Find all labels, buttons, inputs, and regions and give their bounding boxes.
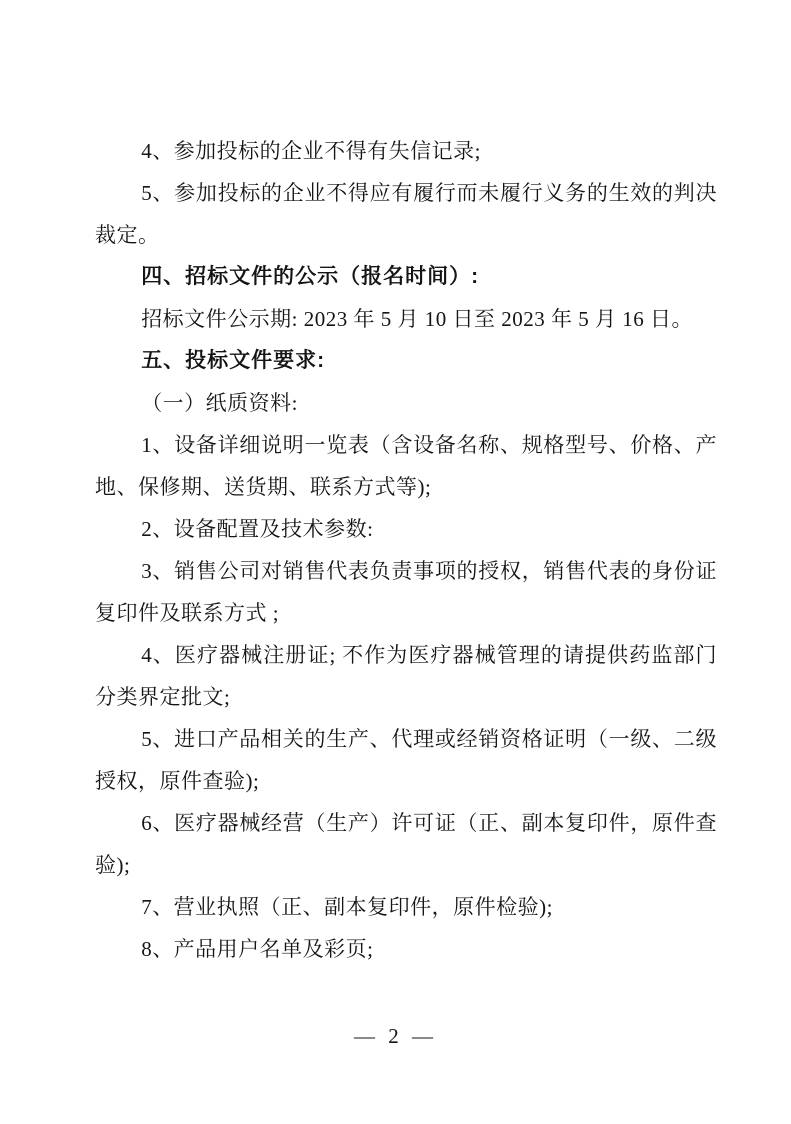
document-body: 4、参加投标的企业不得有失信记录; 5、参加投标的企业不得应有履行而未履行义务的… <box>95 130 717 970</box>
requirement-item-8-user-list-brochure: 8、产品用户名单及彩页; <box>95 928 717 970</box>
requirement-item-5-import-qualification-certificate: 5、进口产品相关的生产、代理或经销资格证明（一级、二级授权，原件查验); <box>95 718 717 802</box>
clause-no-unfulfilled-judgment: 5、参加投标的企业不得应有履行而未履行义务的生效的判决裁定。 <box>95 172 717 256</box>
subsection-paper-materials: （一）纸质资料: <box>95 382 717 424</box>
page-number: — 2 — <box>0 1015 791 1057</box>
requirement-item-6-operation-license: 6、医疗器械经营（生产）许可证（正、副本复印件，原件查验); <box>95 802 717 886</box>
section-heading-5-bid-document-requirements: 五、投标文件要求: <box>95 340 717 382</box>
section-heading-4-tender-publicity: 四、招标文件的公示（报名时间）: <box>95 256 717 298</box>
document-page: 4、参加投标的企业不得有失信记录; 5、参加投标的企业不得应有履行而未履行义务的… <box>0 0 791 1124</box>
requirement-item-2-configuration-parameters: 2、设备配置及技术参数: <box>95 508 717 550</box>
tender-publicity-period: 招标文件公示期: 2023 年 5 月 10 日至 2023 年 5 月 16 … <box>95 298 717 340</box>
requirement-item-4-device-registration-certificate: 4、医疗器械注册证; 不作为医疗器械管理的请提供药监部门分类界定批文; <box>95 634 717 718</box>
requirement-item-7-business-license: 7、营业执照（正、副本复印件，原件检验); <box>95 886 717 928</box>
clause-no-credit-record: 4、参加投标的企业不得有失信记录; <box>95 130 717 172</box>
requirement-item-1-equipment-detail-list: 1、设备详细说明一览表（含设备名称、规格型号、价格、产地、保修期、送货期、联系方… <box>95 424 717 508</box>
requirement-item-3-sales-representative-authorization: 3、销售公司对销售代表负责事项的授权，销售代表的身份证复印件及联系方式 ; <box>95 550 717 634</box>
